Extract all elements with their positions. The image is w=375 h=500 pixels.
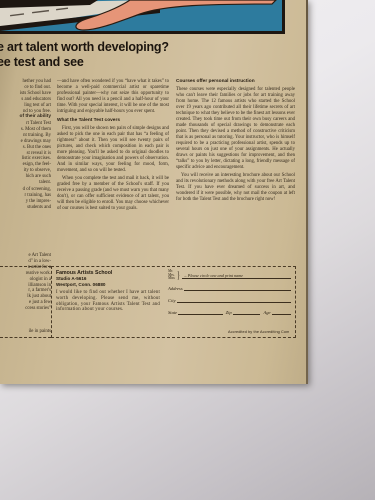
- left-column-paragraph-2: rt Talent Test s. Most of them nt traini…: [0, 121, 51, 186]
- coupon-form: Mr. Mrs. Miss } ←Please circle one and p…: [168, 270, 291, 335]
- left-column-subhead: of their ability: [0, 114, 51, 120]
- accreditation-note: Accredited by the Accrediting Commission…: [228, 330, 289, 334]
- brace-glyph: }: [177, 271, 180, 281]
- name-field-line: ←Please circle one and print name: [182, 272, 291, 279]
- magazine-page: e art talent worth developing? ee test a…: [0, 0, 308, 384]
- circle-one-note: ←Please circle one and print name: [182, 273, 246, 278]
- left-column-paragraph-5: ile in paints: [0, 329, 51, 335]
- middle-paragraph-2: First, you will be shown ten pairs of si…: [57, 126, 169, 174]
- address-field-label: Address: [168, 286, 183, 291]
- headline: e art talent worth developing? ee test a…: [0, 40, 227, 69]
- age-field-label: Age: [263, 310, 270, 315]
- salutation-miss: Miss: [168, 277, 175, 281]
- state-field-label: State: [168, 310, 177, 315]
- middle-paragraph-3: When you complete the test and mail it b…: [57, 176, 169, 212]
- right-paragraph-1: These courses were especially designed f…: [176, 87, 295, 171]
- state-field-line: [178, 308, 222, 315]
- dashed-rule-top-left: [0, 266, 51, 267]
- panel-bottom-border: [0, 31, 285, 34]
- panel-right-border: [282, 0, 285, 34]
- zip-field-line: [233, 308, 261, 315]
- age-field-line: [272, 308, 291, 315]
- middle-paragraph-1: —and have often wondered if you “have wh…: [57, 79, 169, 115]
- headline-line-1: e art talent worth developing?: [0, 40, 227, 55]
- dashed-rule-bottom-left: [0, 337, 51, 338]
- name-row: Mr. Mrs. Miss } ←Please circle one and p…: [168, 270, 291, 281]
- school-city-line: Westport, Conn. 06880: [56, 282, 160, 288]
- address-field-line: [184, 284, 291, 291]
- left-column-paragraph-1: hether you had ce to find out. ists Scho…: [0, 79, 51, 114]
- middle-column: —and have often wondered if you “have wh…: [57, 79, 169, 214]
- photo-background: e art talent worth developing? ee test a…: [0, 0, 375, 500]
- comic-illustration: [0, 0, 285, 34]
- salutation-list: Mr. Mrs. Miss: [168, 270, 175, 281]
- middle-column-subhead: What the Talent Test covers: [57, 118, 169, 124]
- coupon-request-text: I would like to find out whether I have …: [56, 290, 160, 313]
- coupon-address-block: Famous Artists School Studio A-5616 West…: [56, 270, 160, 335]
- state-zip-age-row: State Zip Age: [168, 308, 291, 315]
- right-column-subhead: Courses offer personal instruction: [176, 79, 295, 85]
- address-row: Address: [168, 284, 291, 291]
- right-column: Courses offer personal instruction These…: [176, 79, 295, 205]
- mail-in-coupon: Famous Artists School Studio A-5616 West…: [51, 266, 296, 338]
- zip-field-label: Zip: [226, 310, 232, 315]
- left-column-paragraph-3: d of screening, r training, has y the im…: [0, 187, 51, 211]
- city-field-line: [177, 296, 291, 303]
- city-field-label: City: [168, 298, 176, 303]
- left-column-paragraph-4: e Art Talent d" in a low- n artist for a…: [0, 253, 51, 312]
- headline-line-2: ee test and see: [0, 55, 227, 70]
- city-row: City: [168, 296, 291, 303]
- right-paragraph-2: You will receive an interesting brochure…: [176, 173, 295, 203]
